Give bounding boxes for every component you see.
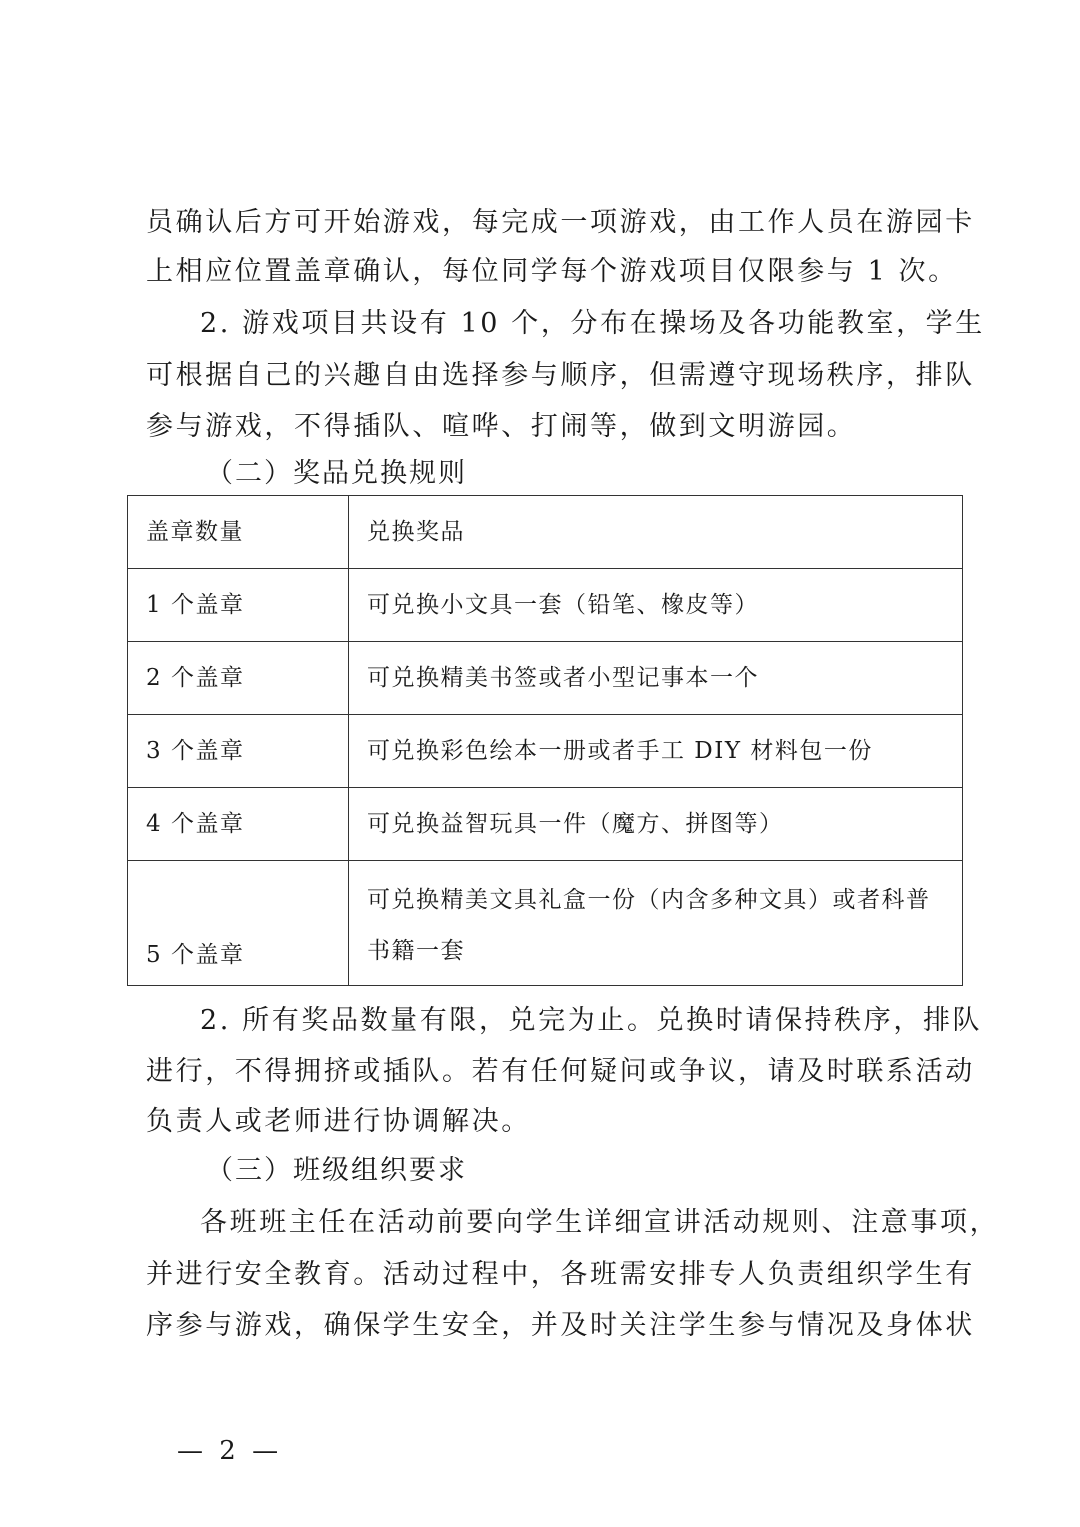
prize-cell: 可兑换精美书签或者小型记事本一个 [349,642,963,715]
table-row: 3 个盖章 可兑换彩色绘本一册或者手工 DIY 材料包一份 [128,715,963,788]
prize-line: 书籍一套 [367,926,948,977]
prize-cell: 可兑换彩色绘本一册或者手工 DIY 材料包一份 [349,715,963,788]
prize-cell: 可兑换精美文具礼盒一份（内含多种文具）或者科普 书籍一套 [349,861,963,986]
prize-exchange-table: 盖章数量 兑换奖品 1 个盖章 可兑换小文具一套（铅笔、橡皮等） 2 个盖章 可… [127,495,963,986]
paragraph-line: 并进行安全教育。活动过程中，各班需安排专人负责组织学生有 [146,1257,975,1293]
stamp-count-cell: 3 个盖章 [128,715,349,788]
stamp-count-cell: 5 个盖章 [128,861,349,986]
section-heading-class-requirements: （三）班级组织要求 [206,1153,467,1189]
paragraph-line: 上相应位置盖章确认，每位同学每个游戏项目仅限参与 1 次。 [146,254,958,290]
paragraph-line: 2. 游戏项目共设有 10 个，分布在操场及各功能教室，学生 [200,306,985,342]
table-row: 2 个盖章 可兑换精美书签或者小型记事本一个 [128,642,963,715]
paragraph-line: 各班班主任在活动前要向学生详细宣讲活动规则、注意事项， [200,1205,999,1241]
paragraph-line: 负责人或老师进行协调解决。 [146,1104,531,1140]
table-row: 1 个盖章 可兑换小文具一套（铅笔、橡皮等） [128,569,963,642]
prize-cell: 可兑换小文具一套（铅笔、橡皮等） [349,569,963,642]
paragraph-line: 参与游戏，不得插队、喧哗、打闹等，做到文明游园。 [146,409,856,445]
stamp-count-cell: 1 个盖章 [128,569,349,642]
header-cell-prize: 兑换奖品 [349,496,963,569]
table-header-row: 盖章数量 兑换奖品 [128,496,963,569]
paragraph-line: 可根据自己的兴趣自由选择参与顺序，但需遵守现场秩序，排队 [146,358,975,394]
prize-cell: 可兑换益智玩具一件（魔方、拼图等） [349,788,963,861]
page-number: — 2 — [177,1436,282,1466]
paragraph-line: 2. 所有奖品数量有限，兑完为止。兑换时请保持秩序，排队 [200,1003,982,1039]
header-cell-stamp-count: 盖章数量 [128,496,349,569]
table-row: 5 个盖章 可兑换精美文具礼盒一份（内含多种文具）或者科普 书籍一套 [128,861,963,986]
stamp-count-cell: 4 个盖章 [128,788,349,861]
paragraph-line: 进行，不得拥挤或插队。若有任何疑问或争议，请及时联系活动 [146,1054,975,1090]
stamp-count-cell: 2 个盖章 [128,642,349,715]
section-heading-prizes: （二）奖品兑换规则 [206,456,467,492]
paragraph-line: 员确认后方可开始游戏，每完成一项游戏，由工作人员在游园卡 [146,205,975,241]
prize-line: 可兑换精美文具礼盒一份（内含多种文具）或者科普 [367,875,948,926]
paragraph-line: 序参与游戏，确保学生安全，并及时关注学生参与情况及身体状 [146,1308,975,1344]
table-row: 4 个盖章 可兑换益智玩具一件（魔方、拼图等） [128,788,963,861]
